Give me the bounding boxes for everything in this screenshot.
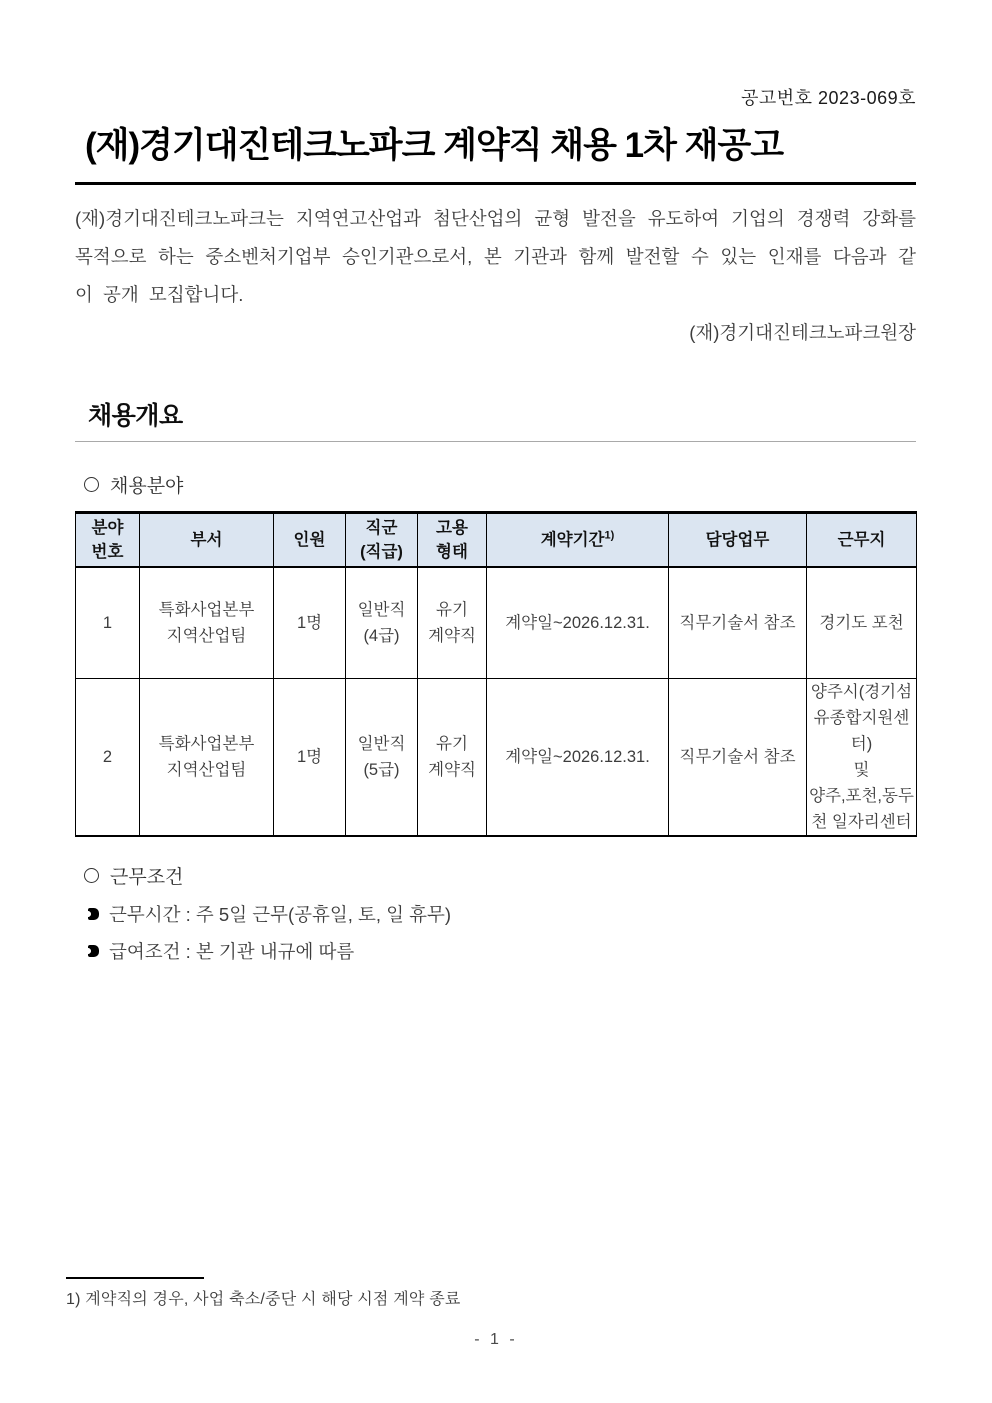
- table-header-contract-period: 계약기간1): [487, 513, 669, 568]
- table-header-duties: 담당업무: [669, 513, 807, 568]
- recruit-table: 분야 번호 부서 인원 직군 (직급) 고용 형태 계약기간1) 담당업무 근무…: [75, 511, 917, 837]
- footnote-divider: [66, 1277, 204, 1279]
- intro-paragraph: (재)경기대진테크노파크는 지역연고산업과 첨단산업의 균형 발전을 유도하여 …: [75, 200, 916, 314]
- cell-headcount: 1명: [274, 567, 346, 679]
- condition-item-work-hours: 근무시간 : 주 5일 근무(공휴일, 토, 일 휴무): [75, 901, 916, 927]
- condition-salary-text: 급여조건 : 본 기관 내규에 따름: [109, 938, 354, 964]
- signature-line: (재)경기대진테크노파크원장: [75, 314, 916, 352]
- table-header-workplace: 근무지: [807, 513, 917, 568]
- cell-headcount: 1명: [274, 679, 346, 837]
- cell-department: 특화사업본부 지역산업팀: [140, 679, 274, 837]
- document-page: 공고번호 2023-069호 (재)경기대진테크노파크 계약직 채용 1차 재공…: [0, 0, 992, 1403]
- table-header-field-number: 분야 번호: [76, 513, 140, 568]
- footnote-block: 1) 계약직의 경우, 사업 축소/중단 시 해당 시점 계약 종료: [66, 1277, 766, 1309]
- table-header-headcount: 인원: [274, 513, 346, 568]
- cell-employment-type: 유기 계약직: [418, 567, 487, 679]
- square-bullet-icon: [88, 908, 99, 920]
- cell-contract-period: 계약일~2026.12.31.: [487, 567, 669, 679]
- table-row: 2 특화사업본부 지역산업팀 1명 일반직 (5급) 유기 계약직 계약일~20…: [76, 679, 917, 837]
- title-divider: [75, 182, 916, 185]
- cell-duties: 직무기술서 참조: [669, 567, 807, 679]
- section-divider: [75, 441, 916, 442]
- contract-period-label: 계약기간: [541, 531, 605, 549]
- cell-workplace: 양주시(경기섬 유종합지원센터) 및 양주,포천,동두 천 일자리센터: [807, 679, 917, 837]
- page-number: - 1 -: [0, 1331, 992, 1349]
- footnote-marker: 1): [604, 530, 614, 542]
- cell-job-group: 일반직 (4급): [346, 567, 418, 679]
- condition-work-hours-text: 근무시간 : 주 5일 근무(공휴일, 토, 일 휴무): [109, 901, 451, 927]
- notice-number: 공고번호 2023-069호: [75, 84, 916, 110]
- cell-job-group: 일반직 (5급): [346, 679, 418, 837]
- square-bullet-icon: [88, 945, 99, 957]
- section-heading-recruit-overview: 채용개요: [75, 396, 916, 432]
- recruit-table-header: 분야 번호 부서 인원 직군 (직급) 고용 형태 계약기간1) 담당업무 근무…: [76, 513, 917, 568]
- condition-item-salary: 급여조건 : 본 기관 내규에 따름: [75, 938, 916, 964]
- footnote-text: 1) 계약직의 경우, 사업 축소/중단 시 해당 시점 계약 종료: [66, 1286, 766, 1309]
- subsection-work-conditions-label: 근무조건: [110, 862, 183, 889]
- document-title: (재)경기대진테크노파크 계약직 채용 1차 재공고: [75, 118, 916, 168]
- table-header-department: 부서: [140, 513, 274, 568]
- document-content: 공고번호 2023-069호 (재)경기대진테크노파크 계약직 채용 1차 재공…: [75, 0, 916, 964]
- circle-bullet-icon: [84, 477, 99, 492]
- subsection-work-conditions: 근무조건: [75, 862, 916, 889]
- subsection-recruit-field-label: 채용분야: [110, 471, 183, 498]
- cell-field-number: 2: [76, 679, 140, 837]
- table-header-job-group: 직군 (직급): [346, 513, 418, 568]
- table-row: 1 특화사업본부 지역산업팀 1명 일반직 (4급) 유기 계약직 계약일~20…: [76, 567, 917, 679]
- cell-employment-type: 유기 계약직: [418, 679, 487, 837]
- table-header-row: 분야 번호 부서 인원 직군 (직급) 고용 형태 계약기간1) 담당업무 근무…: [76, 513, 917, 568]
- subsection-recruit-field: 채용분야: [75, 471, 916, 498]
- table-header-employment-type: 고용 형태: [418, 513, 487, 568]
- cell-workplace: 경기도 포천: [807, 567, 917, 679]
- circle-bullet-icon: [84, 868, 99, 883]
- cell-department: 특화사업본부 지역산업팀: [140, 567, 274, 679]
- cell-contract-period: 계약일~2026.12.31.: [487, 679, 669, 837]
- cell-field-number: 1: [76, 567, 140, 679]
- cell-duties: 직무기술서 참조: [669, 679, 807, 837]
